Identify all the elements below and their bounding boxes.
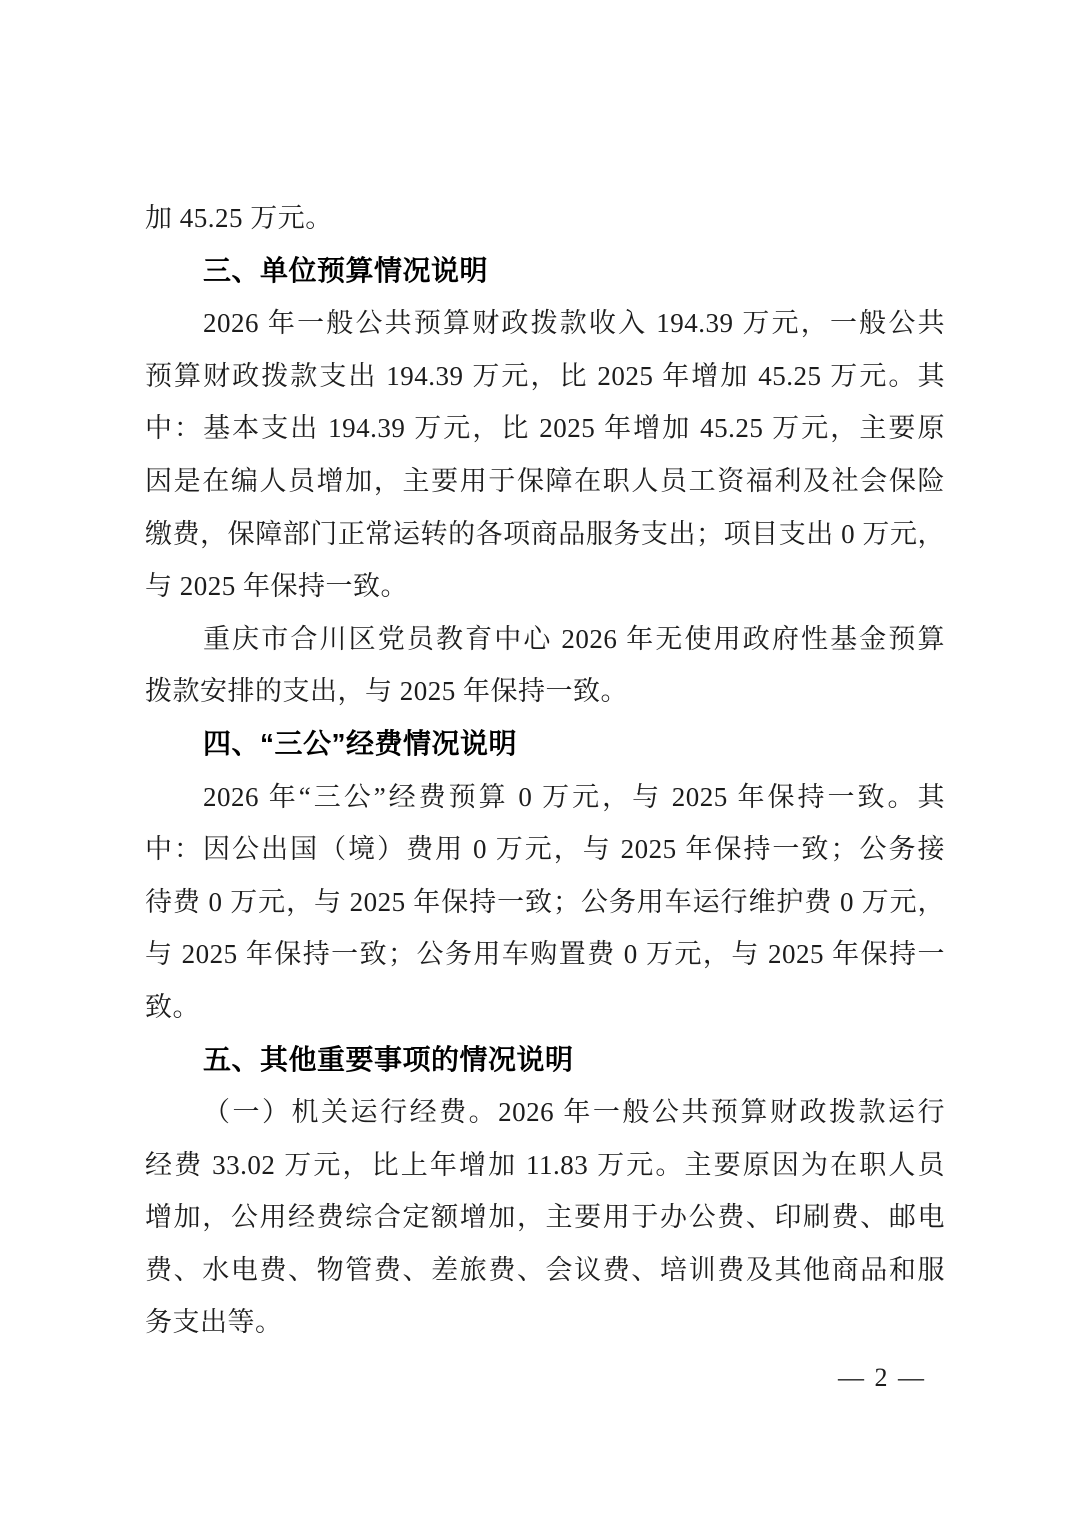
- text-line: （一）机关运行经费。2026 年一般公共预算财政拨款运行: [145, 1086, 945, 1139]
- section-heading-4: 四、“三公”经费情况说明: [145, 718, 945, 771]
- text-line: 加 45.25 万元。: [145, 192, 945, 245]
- text-line: 与 2025 年保持一致。: [145, 560, 945, 613]
- text-line: 经费 33.02 万元，比上年增加 11.83 万元。主要原因为在职人员: [145, 1139, 945, 1192]
- content-area: 加 45.25 万元。 三、单位预算情况说明 2026 年一般公共预算财政拨款收…: [145, 192, 945, 1349]
- section-heading-5: 五、其他重要事项的情况说明: [145, 1034, 945, 1087]
- section-heading-3: 三、单位预算情况说明: [145, 245, 945, 298]
- text-line: 拨款安排的支出，与 2025 年保持一致。: [145, 665, 945, 718]
- page-number: — 2 —: [838, 1358, 926, 1398]
- document-page: 加 45.25 万元。 三、单位预算情况说明 2026 年一般公共预算财政拨款收…: [0, 0, 1074, 1520]
- paragraph-lead-rest: 2026 年一般公共预算财政拨款运行: [498, 1097, 945, 1127]
- text-line: 2026 年“三公”经费预算 0 万元，与 2025 年保持一致。其: [145, 771, 945, 824]
- text-line: 缴费，保障部门正常运转的各项商品服务支出；项目支出 0 万元，: [145, 508, 945, 561]
- paragraph-lead-label: （一）机关运行经费。: [203, 1097, 498, 1127]
- text-line: 2026 年一般公共预算财政拨款收入 194.39 万元，一般公共: [145, 297, 945, 350]
- text-line: 增加，公用经费综合定额增加，主要用于办公费、印刷费、邮电: [145, 1191, 945, 1244]
- text-line: 务支出等。: [145, 1296, 945, 1349]
- text-line: 待费 0 万元，与 2025 年保持一致；公务用车运行维护费 0 万元，: [145, 876, 945, 929]
- text-line: 中：因公出国（境）费用 0 万元，与 2025 年保持一致；公务接: [145, 823, 945, 876]
- text-line: 因是在编人员增加，主要用于保障在职人员工资福利及社会保险: [145, 455, 945, 508]
- text-line: 致。: [145, 981, 945, 1034]
- text-line: 重庆市合川区党员教育中心 2026 年无使用政府性基金预算: [145, 613, 945, 666]
- text-line: 与 2025 年保持一致；公务用车购置费 0 万元，与 2025 年保持一: [145, 928, 945, 981]
- text-line: 中：基本支出 194.39 万元，比 2025 年增加 45.25 万元，主要原: [145, 402, 945, 455]
- text-line: 预算财政拨款支出 194.39 万元，比 2025 年增加 45.25 万元。其: [145, 350, 945, 403]
- text-line: 费、水电费、物管费、差旅费、会议费、培训费及其他商品和服: [145, 1244, 945, 1297]
